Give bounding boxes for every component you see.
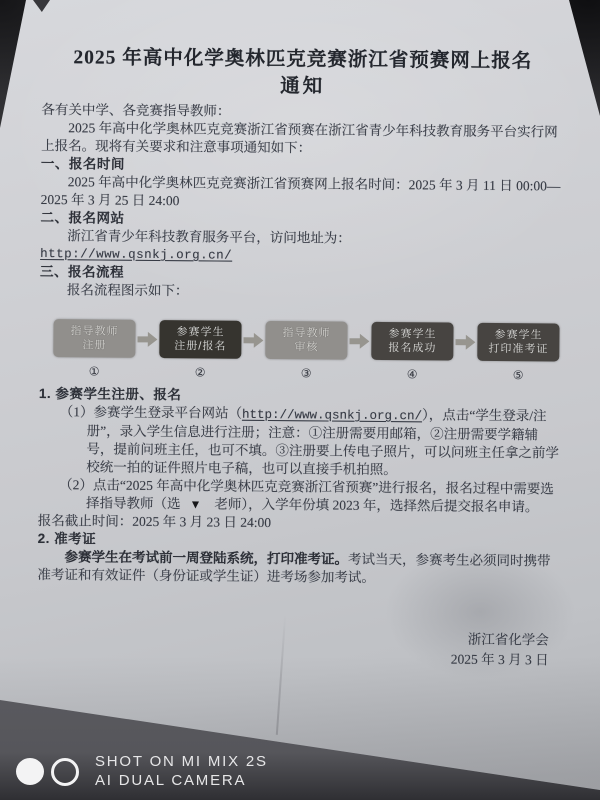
paper-edge-mark — [33, 0, 50, 12]
filled-circle-icon — [16, 758, 44, 785]
signature-date: 2025 年 3 月 3 日 — [37, 646, 549, 670]
flow-arrow-icon — [455, 335, 475, 350]
flow-step-1-box: 指导教师 注册 — [53, 319, 135, 358]
section-1-body: 2025 年高中化学奥林匹克竞赛浙江省预赛网上报名时间：2025 年 3 月 1… — [41, 173, 563, 214]
admission-ticket-paragraph: 参赛学生在考试前一周登陆系统，打印准考证。考试当天，参赛考生必须同时携带准考证和… — [37, 548, 559, 589]
notice-document: 2025 年高中化学奥林匹克竞赛浙江省预赛网上报名 通知 各有关中学、各竞赛指导… — [37, 44, 564, 671]
flow-step-5-number: ⑤ — [513, 366, 524, 384]
section-3-body: 报名流程图示如下： — [40, 281, 562, 304]
signature-block: 浙江省化学会 2025 年 3 月 3 日 — [37, 626, 559, 671]
flow-step-3: 指导教师 审核 ③ — [265, 321, 348, 383]
watermark-line2: AI DUAL CAMERA — [95, 772, 268, 791]
watermark-line1: SHOT ON MI MIX 2S — [95, 753, 268, 772]
flow-step-3-label-line2: 审核 — [294, 340, 318, 354]
registration-item-1: （1）参赛学生登录平台网站（http://www.qsnkj.org.cn/），… — [38, 403, 561, 481]
flow-step-5-label-line1: 参赛学生 — [494, 328, 542, 342]
flow-step-1-label-line1: 指导教师 — [70, 324, 118, 338]
flow-step-1-label-line2: 注册 — [82, 338, 106, 352]
flow-step-4-number: ④ — [407, 365, 418, 383]
flow-arrow-icon — [137, 332, 157, 347]
flow-step-3-label-line1: 指导教师 — [282, 326, 330, 340]
registration-flow-diagram: 指导教师 注册 ① 参赛学生 注册/报名 ② 指导教师 审核 ③ — [53, 319, 562, 389]
registration-item-2: （2）点击“2025 年高中化学奥林匹克竞赛浙江省预赛”进行报名，报名过程中需要… — [38, 476, 560, 517]
flow-step-4: 参赛学生 报名成功 ④ — [371, 322, 454, 384]
flow-step-2-label-line1: 参赛学生 — [176, 325, 224, 339]
flow-step-5: 参赛学生 打印准考证 ⑤ — [477, 323, 560, 385]
camera-watermark: SHOT ON MI MIX 2S AI DUAL CAMERA — [16, 753, 268, 790]
paper-sheet: 2025 年高中化学奥林匹克竞赛浙江省预赛网上报名 通知 各有关中学、各竞赛指导… — [0, 0, 600, 800]
flow-arrow-icon — [243, 333, 263, 348]
redacted-teacher-name: ▼ — [189, 497, 201, 511]
flow-step-3-box: 指导教师 审核 — [265, 321, 347, 360]
flow-step-2-box: 参赛学生 注册/报名 — [159, 320, 241, 359]
flow-step-2-number: ② — [195, 363, 206, 381]
registration-item-1-url: http://www.qsnkj.org.cn/ — [242, 408, 422, 424]
flow-arrow-icon — [349, 334, 369, 349]
flow-step-5-label-line2: 打印准考证 — [488, 342, 548, 357]
intro-paragraph: 2025 年高中化学奥林匹克竞赛浙江省预赛在浙江省青少年科技教育服务平台实行网上… — [41, 119, 563, 160]
registration-item-1-text: （1）参赛学生登录平台网站（ — [60, 404, 242, 421]
admission-ticket-bold-text: 参赛学生在考试前一周登陆系统，打印准考证。 — [64, 549, 348, 566]
flow-step-4-label-line1: 参赛学生 — [388, 327, 436, 341]
flow-step-1-number: ① — [89, 362, 100, 380]
flow-step-3-number: ③ — [301, 364, 312, 382]
notice-title-line1: 2025 年高中化学奥林匹克竞赛浙江省预赛网上报名 — [42, 44, 564, 76]
flow-step-2: 参赛学生 注册/报名 ② — [159, 320, 242, 382]
flow-step-4-label-line2: 报名成功 — [388, 341, 436, 355]
ring-circle-icon — [51, 758, 79, 786]
watermark-text: SHOT ON MI MIX 2S AI DUAL CAMERA — [95, 753, 268, 790]
registration-item-2-text-cont: 老师），入学年份填 2023 年，选择然后提交报名申请。 — [214, 497, 538, 515]
flow-step-5-box: 参赛学生 打印准考证 — [477, 323, 559, 362]
flow-step-2-label-line2: 注册/报名 — [174, 339, 226, 353]
flow-step-1: 指导教师 注册 ① — [53, 319, 136, 381]
flow-step-4-box: 参赛学生 报名成功 — [371, 322, 453, 361]
notice-title-line2: 通知 — [42, 71, 564, 103]
